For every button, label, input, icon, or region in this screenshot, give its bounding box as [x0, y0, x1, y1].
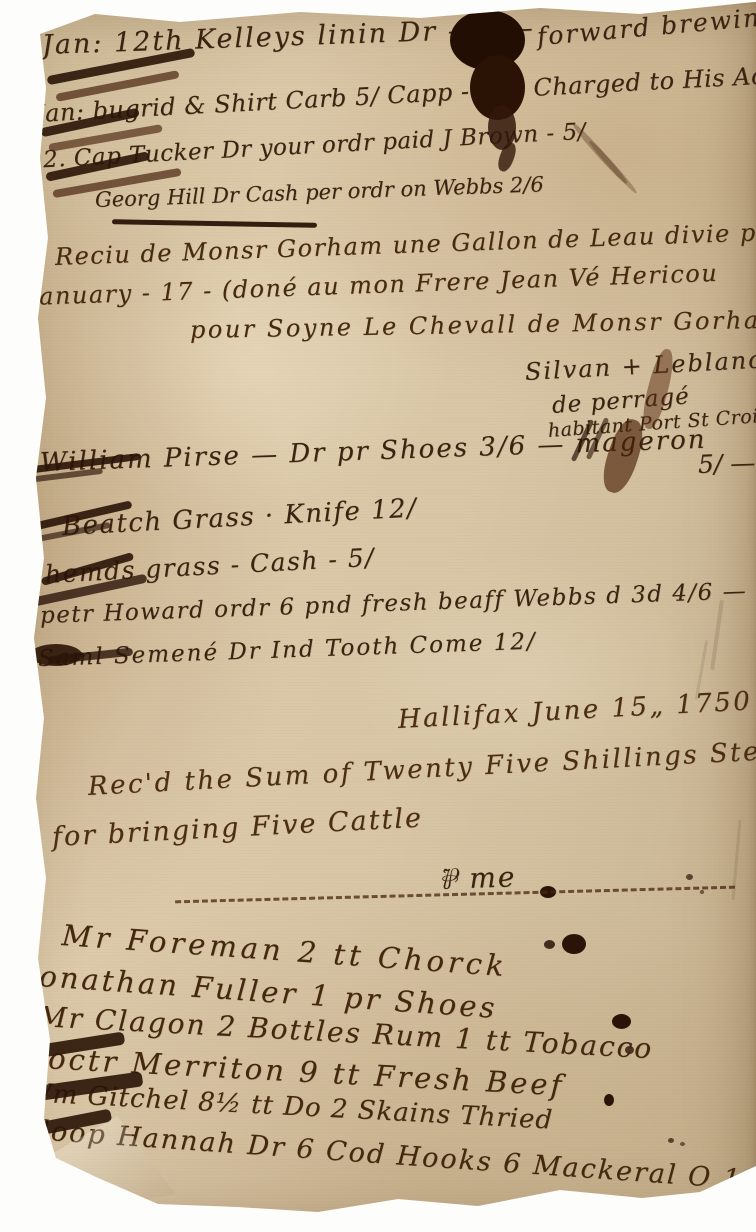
manuscript-line-bringing-cattle: for bringing Five Cattle: [51, 803, 424, 853]
ink-spot: [680, 1142, 685, 1146]
divider-rule: [112, 219, 317, 228]
ink-spot: [668, 1138, 674, 1143]
manuscript-line-halifax-date: Hallifax June 15„ 1750: [397, 686, 753, 735]
manuscript-line-beatch-grass: Beatch Grass · Knife 12/: [61, 493, 418, 542]
manuscript-line-shirt-cap: Jan: bugrid & Shirt Carb 5/ Capp - - all…: [34, 61, 756, 128]
ink-smudge: [587, 139, 638, 195]
ink-spot: [612, 1014, 631, 1029]
ink-spot: [604, 1094, 614, 1106]
bleedthrough-mark: [710, 600, 724, 670]
ink-spot: [544, 940, 555, 949]
manuscript-scan: Jan: 12th Kelleys linin Dr ——— Obs forwa…: [0, 0, 756, 1232]
ink-spot: [625, 1046, 634, 1054]
manuscript-line-petr-howard: petr Howard ordr 6 pnd fresh beaff Webbs…: [40, 578, 748, 629]
ink-spot: [562, 934, 586, 954]
paper-sheet: Jan: 12th Kelleys linin Dr ——— Obs forwa…: [0, 0, 756, 1232]
manuscript-line-william-amount: 5/ —: [697, 448, 755, 479]
manuscript-line-received-sum: Rec'd the Sum of Twenty Five Shillings S…: [87, 734, 756, 802]
manuscript-line-signature: Silvan + Leblanc: [524, 346, 756, 386]
bleedthrough-mark: [732, 820, 742, 900]
manuscript-line-french-3: pour Soyne Le Chevall de Monsr Gorham —: [190, 305, 756, 344]
ink-spot: [686, 874, 693, 880]
ink-spot: [700, 890, 704, 894]
